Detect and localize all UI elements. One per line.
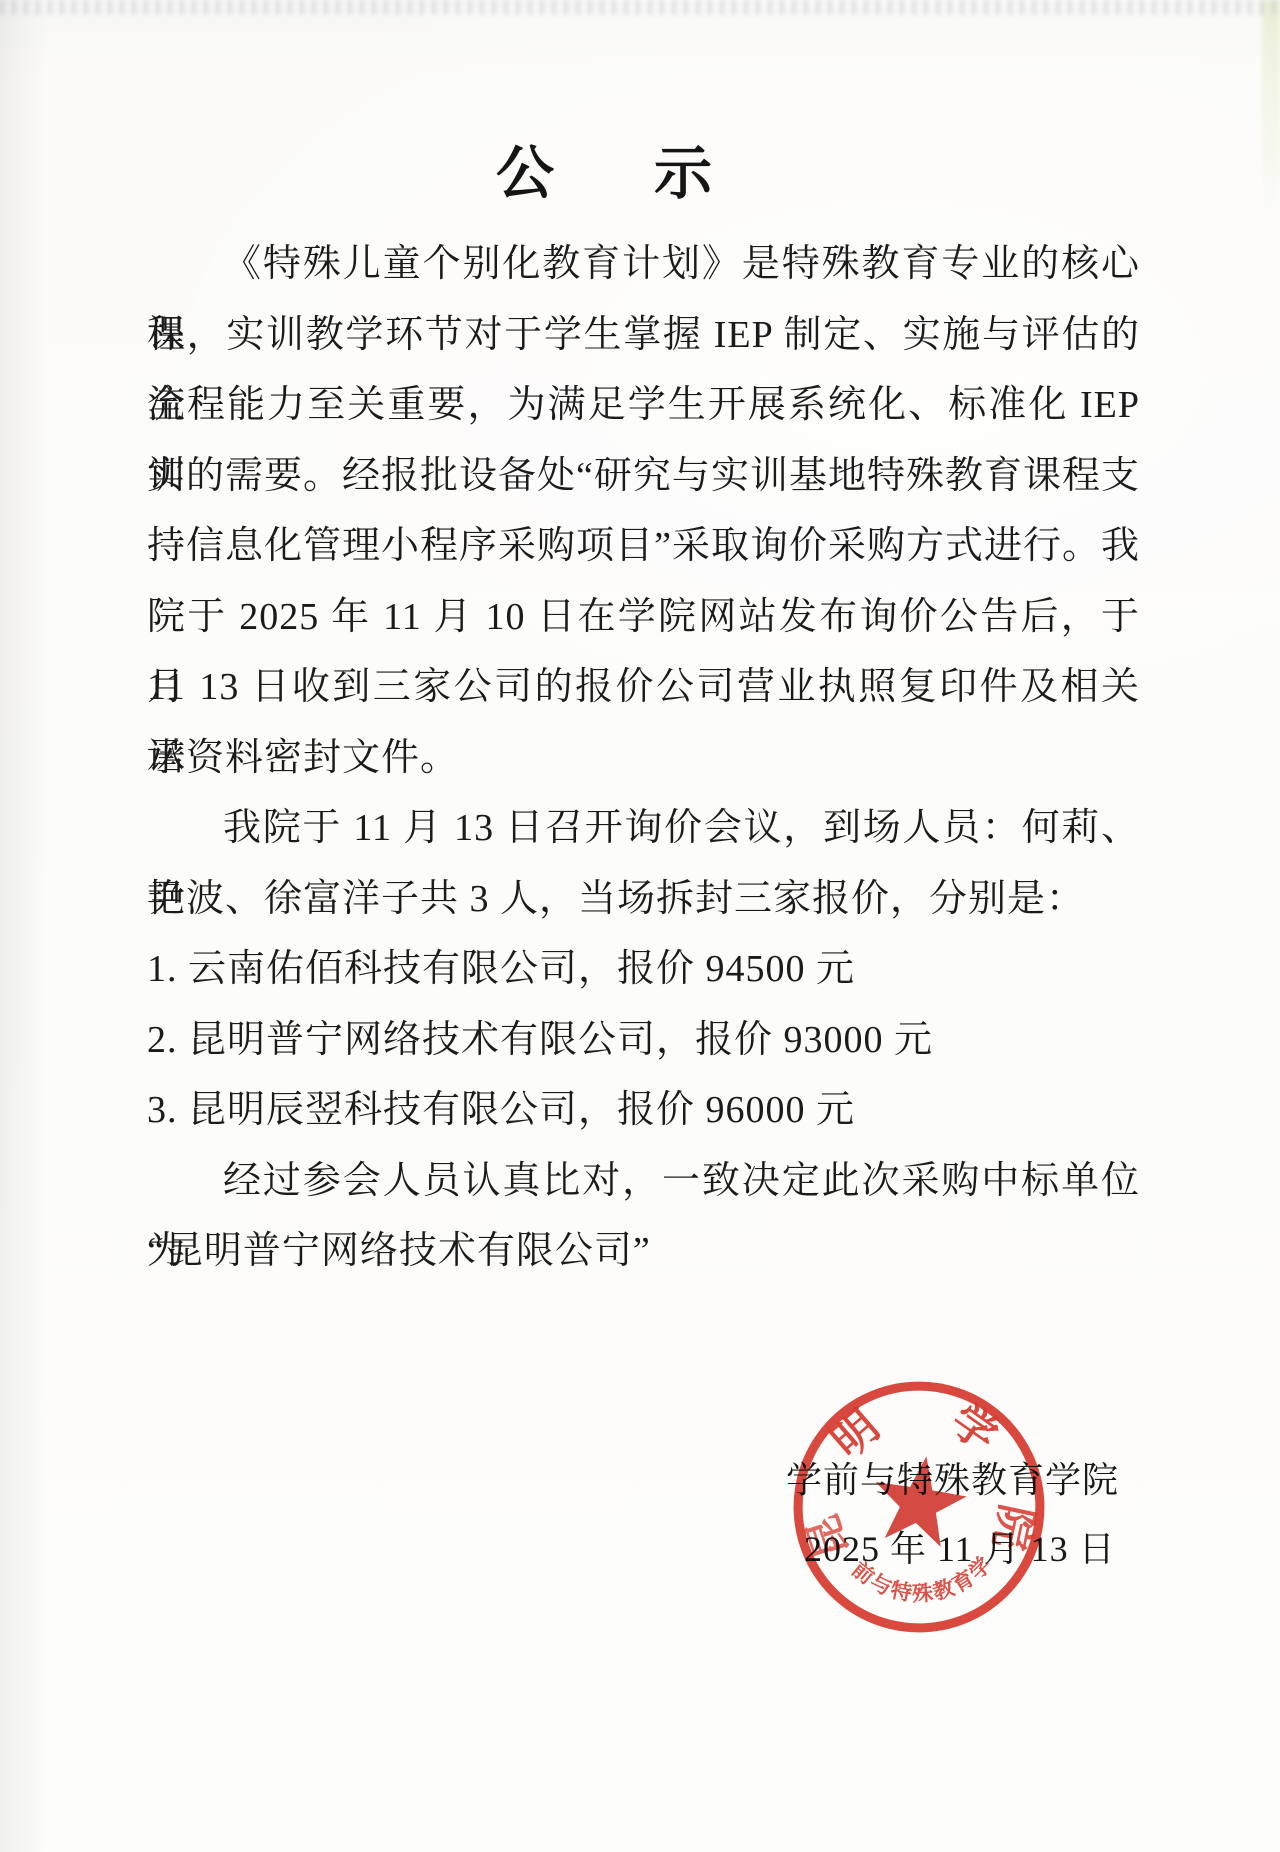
body-text: 《特殊儿童个别化教育计划》是特殊教育专业的核心课程，实训教学环节对于学生掌握 I… bbox=[147, 229, 1140, 1287]
scan-artifact-left-shade bbox=[0, 0, 46, 1852]
body-line: “昆明普宁网络技术有限公司” bbox=[147, 1216, 1140, 1287]
scan-artifact-right-tint bbox=[1262, 0, 1280, 220]
scanned-document-page: 公 示 《特殊儿童个别化教育计划》是特殊教育专业的核心课程，实训教学环节对于学生… bbox=[0, 0, 1280, 1852]
body-line: 程，实训教学环节对于学生掌握 IEP 制定、实施与评估的全 bbox=[147, 300, 1140, 371]
body-line: 月 13 日收到三家公司的报价公司营业执照复印件及相关承 bbox=[147, 652, 1140, 723]
body-line: 训的需要。经报批设备处“研究与实训基地特殊教育课程支 bbox=[147, 441, 1140, 512]
body-line: 院于 2025 年 11 月 10 日在学院网站发布询价公告后，于 11 bbox=[147, 582, 1140, 653]
body-line: 诺资料密封文件。 bbox=[147, 723, 1140, 794]
stamp-star-icon bbox=[867, 1449, 972, 1550]
body-line: 我院于 11 月 13 日召开询价会议，到场人员：何莉、尹 bbox=[147, 793, 1140, 864]
body-line: 3. 昆明辰翌科技有限公司，报价 96000 元 bbox=[147, 1075, 1140, 1146]
document-title: 公 示 bbox=[475, 126, 733, 210]
body-line: 1. 云南佑佰科技有限公司，报价 94500 元 bbox=[147, 934, 1140, 1005]
stamp-ring-char: 学 bbox=[942, 1395, 1006, 1461]
body-line: 2. 昆明普宁网络技术有限公司，报价 93000 元 bbox=[147, 1005, 1140, 1076]
scan-artifact-top-fringe bbox=[0, 0, 1280, 15]
official-seal-stamp: 昆 明 学 院 学前与特殊教育学院 bbox=[776, 1364, 1062, 1650]
body-line: 持信息化管理小程序采购项目”采取询价采购方式进行。我 bbox=[147, 511, 1140, 582]
stamp-ring-char: 院 bbox=[984, 1500, 1041, 1554]
body-line: 艳波、徐富洋子共 3 人，当场拆封三家报价，分别是： bbox=[147, 864, 1140, 935]
stamp-ring-char: 明 bbox=[823, 1401, 889, 1467]
body-line: 流程能力至关重要，为满足学生开展系统化、标准化 IEP 实 bbox=[147, 370, 1140, 441]
body-line: 经过参会人员认真比对，一致决定此次采购中标单位为 bbox=[147, 1146, 1140, 1217]
body-line: 《特殊儿童个别化教育计划》是特殊教育专业的核心课 bbox=[147, 229, 1140, 300]
